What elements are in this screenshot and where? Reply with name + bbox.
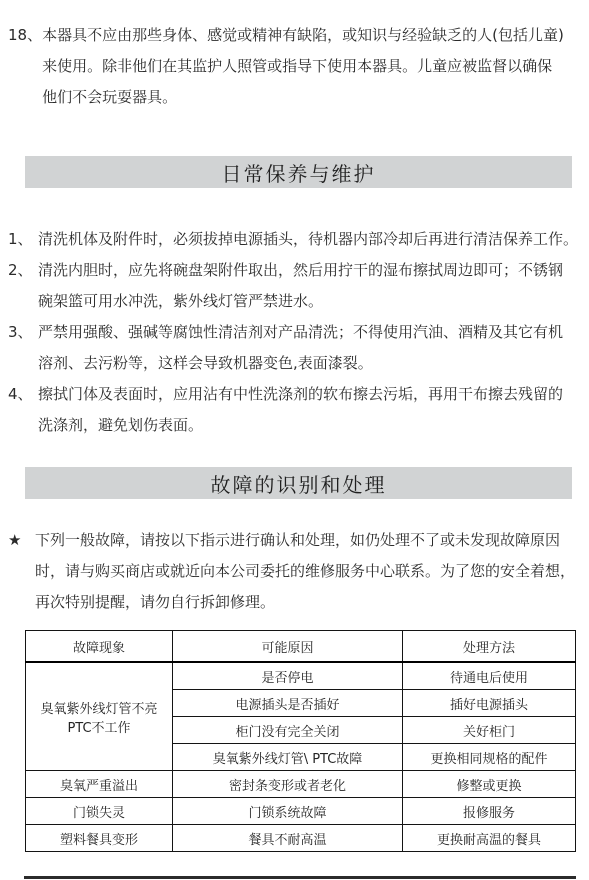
cell-cause: 门锁系统故障 — [173, 798, 403, 825]
fault-note: ★ 下列一般故障，请按以下指示进行确认和处理，如仍处理不了或未发现故障原因 时，… — [0, 525, 589, 618]
table-row: 臭氧严重溢出 密封条变形或者老化 修整或更换 — [26, 771, 576, 798]
cell-solution: 报修服务 — [403, 798, 576, 825]
cell-phenomenon: 塑料餐具变形 — [26, 825, 173, 852]
cell-solution: 插好电源插头 — [403, 690, 576, 717]
item-number: 4、 — [8, 379, 38, 441]
bottom-divider — [24, 876, 576, 879]
fault-table: 故障现象 可能原因 处理方法 臭氧紫外线灯管不亮 PTC不工作 是否停电 待通电… — [25, 630, 576, 852]
cell-phenomenon: 门锁失灵 — [26, 798, 173, 825]
note-text: 下列一般故障，请按以下指示进行确认和处理，如仍处理不了或未发现故障原因 时，请与… — [35, 525, 587, 618]
item-text: 清洗机体及附件时，必须拔掉电源插头，待机器内部冷却后再进行清洁保养工作。 — [38, 224, 587, 255]
item-number: 1、 — [8, 224, 38, 255]
cell-phenomenon: 臭氧严重溢出 — [26, 771, 173, 798]
cell-solution: 待通电后使用 — [403, 662, 576, 690]
item-text: 严禁用强酸、强碱等腐蚀性清洁剂对产品清洗；不得使用汽油、酒精及其它有机 溶剂、去… — [38, 317, 587, 379]
table-row: 塑料餐具变形 餐具不耐高温 更换耐高温的餐具 — [26, 825, 576, 852]
maintenance-item: 4、 擦拭门体及表面时，应用沾有中性洗涤剂的软布擦去污垢，再用干布擦去残留的 洗… — [0, 379, 589, 441]
header-solution: 处理方法 — [403, 631, 576, 663]
header-phenomenon: 故障现象 — [26, 631, 173, 663]
cell-cause: 是否停电 — [173, 662, 403, 690]
maintenance-item: 1、 清洗机体及附件时，必须拔掉电源插头，待机器内部冷却后再进行清洁保养工作。 — [0, 224, 589, 255]
section-title-text: 故障的识别和处理 — [211, 469, 387, 498]
maintenance-item: 3、 严禁用强酸、强碱等腐蚀性清洁剂对产品清洗；不得使用汽油、酒精及其它有机 溶… — [0, 317, 589, 379]
item-text: 擦拭门体及表面时，应用沾有中性洗涤剂的软布擦去污垢，再用干布擦去残留的 洗涤剂，… — [38, 379, 587, 441]
item-text: 清洗内胆时，应先将碗盘架附件取出，然后用拧干的湿布擦拭周边即可；不锈钢 碗架篮可… — [38, 255, 587, 317]
cell-solution: 更换耐高温的餐具 — [403, 825, 576, 852]
cell-solution: 更换相同规格的配件 — [403, 744, 576, 771]
cell-cause: 电源插头是否插好 — [173, 690, 403, 717]
cell-cause: 臭氧紫外线灯管\ PTC故障 — [173, 744, 403, 771]
item-text: 本器具不应由那些身体、感觉或精神有缺陷，或知识与经验缺乏的人(包括儿童) 来使用… — [42, 20, 587, 113]
section-title-fault: 故障的识别和处理 — [25, 467, 572, 499]
cell-solution: 关好柜门 — [403, 717, 576, 744]
maintenance-list: 1、 清洗机体及附件时，必须拔掉电源插头，待机器内部冷却后再进行清洁保养工作。 … — [0, 224, 589, 441]
item-number: 18、 — [8, 20, 42, 113]
header-cause: 可能原因 — [173, 631, 403, 663]
star-icon: ★ — [8, 525, 35, 618]
safety-item-18: 18、 本器具不应由那些身体、感觉或精神有缺陷，或知识与经验缺乏的人(包括儿童)… — [0, 20, 589, 113]
cell-cause: 餐具不耐高温 — [173, 825, 403, 852]
section-title-text: 日常保养与维护 — [222, 158, 376, 187]
maintenance-item: 2、 清洗内胆时，应先将碗盘架附件取出，然后用拧干的湿布擦拭周边即可；不锈钢 碗… — [0, 255, 589, 317]
cell-solution: 修整或更换 — [403, 771, 576, 798]
section-title-maintenance: 日常保养与维护 — [25, 156, 572, 188]
table-row: 门锁失灵 门锁系统故障 报修服务 — [26, 798, 576, 825]
manual-page: 18、 本器具不应由那些身体、感觉或精神有缺陷，或知识与经验缺乏的人(包括儿童)… — [0, 0, 589, 880]
item-number: 2、 — [8, 255, 38, 317]
cell-cause: 柜门没有完全关闭 — [173, 717, 403, 744]
cell-cause: 密封条变形或者老化 — [173, 771, 403, 798]
table-row: 臭氧紫外线灯管不亮 PTC不工作 是否停电 待通电后使用 — [26, 662, 576, 690]
table-header-row: 故障现象 可能原因 处理方法 — [26, 631, 576, 663]
item-number: 3、 — [8, 317, 38, 379]
cell-phenomenon: 臭氧紫外线灯管不亮 PTC不工作 — [26, 662, 173, 771]
